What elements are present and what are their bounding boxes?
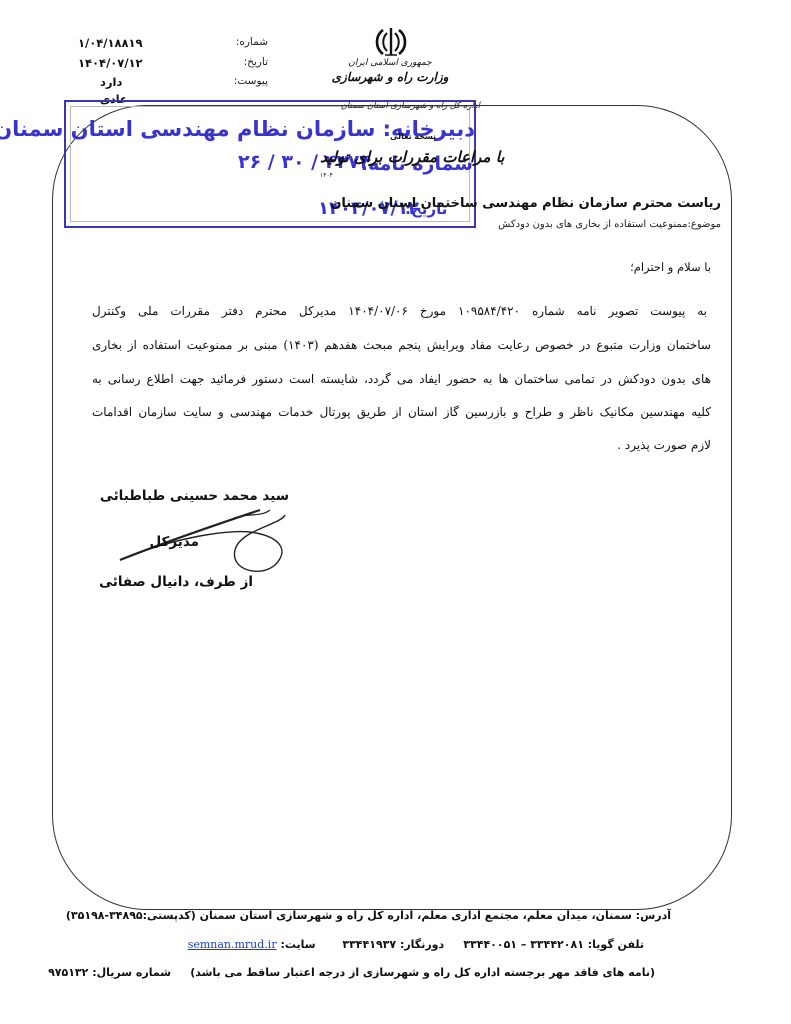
subject-line: موضوع:ممنوعیت استفاده از بخاری های بدون … xyxy=(498,219,721,230)
attachment-label: پیوست: xyxy=(234,75,268,87)
footer-notice: (نامه های فاقد مهر برجسته اداره کل راه و… xyxy=(190,966,655,979)
body-line-3: های بدون دودکش در تمامی ساختمان ها به حض… xyxy=(92,372,711,386)
stamp-overlay-year: ۱۴۰۴ xyxy=(320,172,333,179)
attachment-row: پیوست: دارد xyxy=(68,75,268,93)
subject-label: موضوع: xyxy=(687,219,721,230)
iran-emblem-icon xyxy=(373,26,409,58)
body-line-2: ساختمان وزارت متبوع در خصوص رعایت مفاد و… xyxy=(92,338,711,352)
serial-label: شماره سریال: xyxy=(92,966,171,979)
fax-value: ۳۳۴۴۱۹۳۷ xyxy=(342,938,396,951)
site-label: سایت: xyxy=(280,938,315,951)
body-line-5: لازم صورت پذیرد . xyxy=(92,438,711,452)
on-behalf-of: از طرف، دانیال صفائی xyxy=(99,574,253,590)
greeting: با سلام و احترام؛ xyxy=(630,260,711,274)
letter-date-value: ۱۴۰۴/۰۷/۱۲ xyxy=(78,56,143,70)
body-line-1: به پیوست تصویر نامه شماره ۱۰۹۵۸۴/۴۲۰ مور… xyxy=(92,304,707,318)
footer-address: آدرس: سمنان، میدان معلم، مجتمع اداری معل… xyxy=(66,909,671,922)
fax-label: دورنگار: xyxy=(400,938,444,951)
letter-number-row: شماره: ۱/۰۴/۱۸۸۱۹ xyxy=(68,36,268,54)
letter-date-label: تاریخ: xyxy=(244,56,268,68)
letter-number-value: ۱/۰۴/۱۸۸۱۹ xyxy=(78,36,143,50)
phone-value: ۳۳۴۴۲۰۸۱ – ۳۳۴۴۰۰۵۱ xyxy=(463,938,584,951)
body-line-4: کلیه مهندسین مکانیک ناظر و طراح و بازرسی… xyxy=(92,405,711,419)
attachment-value: دارد xyxy=(100,75,122,89)
serial-value: ۹۷۵۱۳۲ xyxy=(48,966,88,979)
footer-notice-row: (نامه های فاقد مهر برجسته اداره کل راه و… xyxy=(48,966,655,979)
letter-number-label: شماره: xyxy=(236,36,268,48)
signatory-name: سید محمد حسینی طباطبائی xyxy=(100,488,289,504)
ministry-name: وزارت راه و شهرسازی xyxy=(310,70,470,84)
stamp-overlay-note: نسخه تعالی xyxy=(390,132,436,141)
letter-date-row: تاریخ: ۱۴۰۴/۰۷/۱۲ xyxy=(68,56,268,74)
country-name: جمهوری اسلامی ایران xyxy=(320,58,460,68)
stamp-overlay-script: با مراعات مقررات برای تولید xyxy=(320,148,504,166)
recipient: ریاست محترم سازمان نظام مهندسی ساختمان ا… xyxy=(330,196,721,211)
directorate-name: اداره کل راه و شهرسازی استان سمنان xyxy=(330,101,480,111)
signatory-title: مدیرکل xyxy=(149,534,199,550)
phone-label: تلفن گویا: xyxy=(588,938,644,951)
footer-contact: تلفن گویا: ۳۳۴۴۲۰۸۱ – ۳۳۴۴۰۰۵۱ دورنگار: … xyxy=(188,938,644,951)
subject-text: ممنوعیت استفاده از بخاری های بدون دودکش xyxy=(498,219,687,230)
site-link[interactable]: semnan.mrud.ir xyxy=(188,938,277,951)
